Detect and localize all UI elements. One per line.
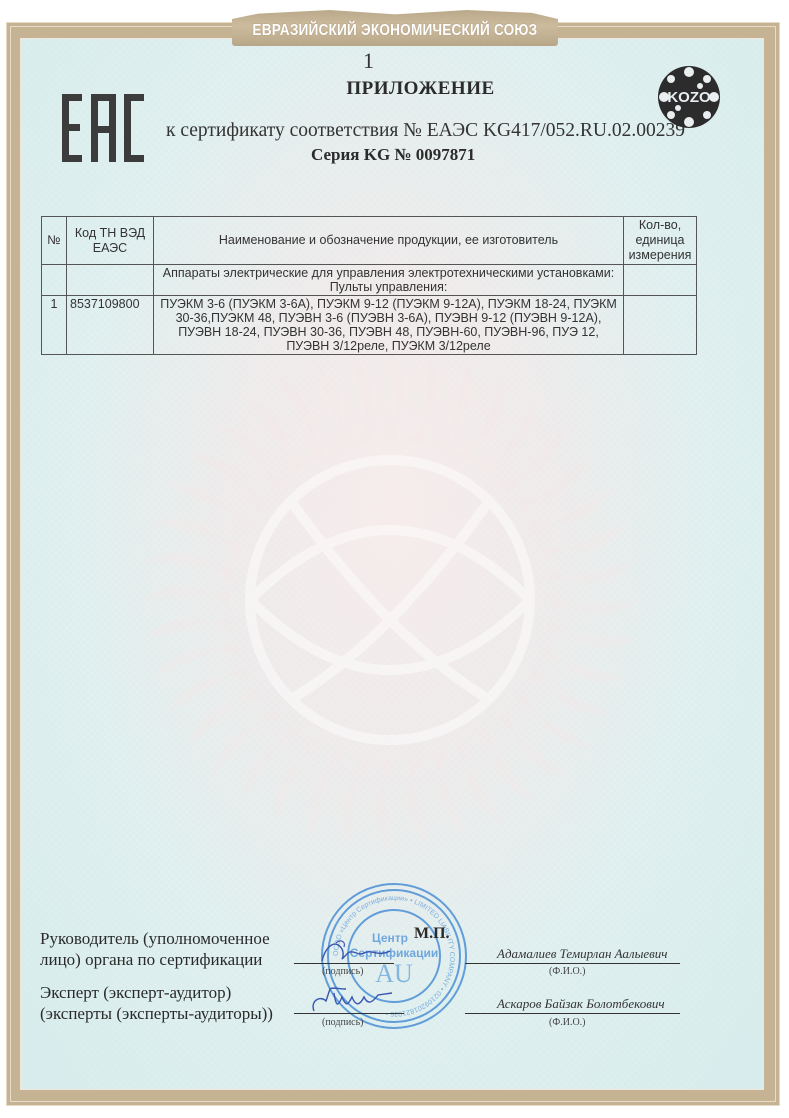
group-qty: [624, 265, 697, 296]
table-row: 1 8537109800 ПУЭКМ 3-6 (ПУЭКМ 3-6А), ПУЭ…: [42, 296, 697, 355]
table-group-row: Аппараты электрические для управления эл…: [42, 265, 697, 296]
expert-signature-line: [294, 1013, 404, 1014]
hologram-sticker-icon: KOZO: [656, 64, 722, 130]
head-fio-caption: (Ф.И.О.): [549, 966, 586, 977]
expert-signature-caption: (подпись): [322, 1017, 364, 1028]
certificate-number: к сертификату соответствия № ЕАЭС KG417/…: [166, 120, 685, 142]
products-table: № Код ТН ВЭД ЕАЭС Наименование и обознач…: [41, 216, 697, 355]
expert-name: Аскаров Байзак Болотбекович: [497, 996, 665, 1012]
row-code: 8537109800: [67, 296, 154, 355]
expert-fio-line: [465, 1013, 680, 1014]
group-num: [42, 265, 67, 296]
page-number: 1: [363, 48, 374, 74]
eac-mark-icon: [60, 92, 146, 164]
svg-text:KOZO: KOZO: [667, 89, 711, 106]
header-qty: Кол-во, единица измерения: [624, 217, 697, 265]
group-code: [67, 265, 154, 296]
head-name: Адамалиев Темирлан Аалыевич: [497, 946, 668, 962]
row-num: 1: [42, 296, 67, 355]
table-header-row: № Код ТН ВЭД ЕАЭС Наименование и обознач…: [42, 217, 697, 265]
expert-signature-icon: [306, 983, 396, 1017]
series-number: Серия KG № 0097871: [311, 145, 475, 165]
header-code: Код ТН ВЭД ЕАЭС: [67, 217, 154, 265]
banner-text: ЕВРАЗИЙСКИЙ ЭКОНОМИЧЕСКИЙ СОЮЗ: [253, 22, 538, 46]
expert-fio-caption: (Ф.И.О.): [549, 1017, 586, 1028]
row-qty: [624, 296, 697, 355]
head-fio-line: [465, 963, 680, 964]
header-num: №: [42, 217, 67, 265]
group-name: Аппараты электрические для управления эл…: [154, 265, 624, 296]
row-name: ПУЭКМ 3-6 (ПУЭКМ 3-6А), ПУЭКМ 9-12 (ПУЭК…: [154, 296, 624, 355]
seal-mark: М.П.: [414, 925, 450, 943]
header-name: Наименование и обозначение продукции, ее…: [154, 217, 624, 265]
sun-emblem-watermark-icon: [130, 340, 650, 860]
head-signature-caption: (подпись): [322, 966, 364, 977]
head-role: Руководитель (уполномоченное лицо) орган…: [40, 928, 270, 970]
expert-role: Эксперт (эксперт-аудитор) (эксперты (экс…: [40, 982, 273, 1024]
eaeu-banner: ЕВРАЗИЙСКИЙ ЭКОНОМИЧЕСКИЙ СОЮЗ: [232, 10, 558, 46]
head-signature-line: [294, 963, 394, 964]
